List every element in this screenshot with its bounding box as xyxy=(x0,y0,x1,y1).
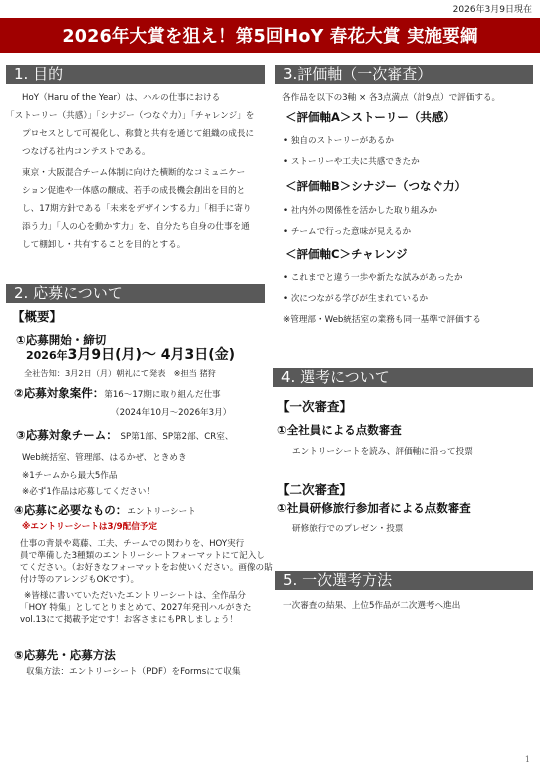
publication-note: vol.13にて掲載予定です！お客さまにもPRしましょう！ xyxy=(20,614,238,626)
criteria-note: ※管理部・Web統括室の業務も同一基準で評価する xyxy=(283,314,481,326)
criteria-bullet: 社内外の関係性を活かした取り組みか xyxy=(283,205,437,217)
entry-sheet-release-note: ※エントリーシートは3/9配信予定 xyxy=(22,521,157,533)
purpose-text: つなげる社内コンテストである。 xyxy=(22,146,151,158)
purpose-text: ション促進や一体感の醸成、若手の成長機会創出を目的と xyxy=(22,185,245,197)
criteria-a-title: ＜評価軸A＞ストーリー（共感） xyxy=(285,111,455,123)
submission-method: 収集方法：エントリーシート（PDF）をFormsにて収集 xyxy=(26,666,241,678)
entry-sheet-desc: 員で準備した3種類のエントリーシートフォーマットにて記入し xyxy=(20,550,265,562)
entry-sheet-desc: 付け等のアレンジもOKです）。 xyxy=(20,574,139,586)
criteria-bullet: これまでと違う一歩や新たな試みがあったか xyxy=(283,272,463,284)
criteria-intro: 各作品を以下の3軸 × 各3点満点（計9点）で評価する。 xyxy=(282,92,500,104)
section-header-selection: 4. 選考について xyxy=(273,368,533,387)
team-limit-note: ※1チームから最大5作品 xyxy=(22,470,117,482)
second-review-desc: 研修旅行でのプレゼン・投票 xyxy=(292,523,403,535)
first-selection-text: 一次審査の結果、上位5作品が二次選考へ進出 xyxy=(283,600,460,612)
first-review-item: ①全社員による点数審査 xyxy=(277,424,402,436)
period-range: 3月9日(月)～ 4月3日(金) xyxy=(68,347,235,363)
page-number: 1 xyxy=(525,755,530,764)
target-projects-value: 第16～17期に取り組んだ仕事 xyxy=(104,390,220,400)
criteria-b-title: ＜評価軸B＞シナジー（つなぐ力） xyxy=(285,180,466,192)
purpose-text: プロセスとして可視化し、称賛と共有を通じて組織の成長に xyxy=(22,128,254,140)
purpose-text: し、17期方針である「未来をデザインする力」「相手に寄り xyxy=(22,203,251,215)
purpose-text: 添う力」「人の心を動かす力」を、自分たち自身の仕事を通 xyxy=(22,221,250,233)
period-year: 2026年 xyxy=(26,349,68,362)
criteria-bullet: 独自のストーリーがあるか xyxy=(283,135,394,147)
publication-note: ※皆様に書いていただいたエントリーシートは、全作品分 xyxy=(24,590,246,602)
second-review-heading: 【二次審査】 xyxy=(277,484,352,496)
first-review-desc: エントリーシートを読み、評価軸に沿って投票 xyxy=(292,446,473,458)
purpose-text: して棚卸し・共有することを目的とする。 xyxy=(22,239,185,251)
criteria-bullet: 次につながる学びが生まれているか xyxy=(283,293,428,305)
overview-heading: 【概要】 xyxy=(12,311,62,323)
section-header-criteria: 3.評価軸（一次審査） xyxy=(275,65,533,84)
entry-sheet-desc: 仕事の背景や葛藤、工夫、チームでの関わりを、HOY実行 xyxy=(20,538,244,551)
required-items-value: エントリーシート xyxy=(127,507,196,517)
target-projects-label: ②応募対象案件： xyxy=(14,386,104,400)
criteria-c-title: ＜評価軸C＞チャレンジ xyxy=(285,248,408,260)
required-items-label: ④応募に必要なもの： xyxy=(14,503,127,517)
date-stamp: 2026年3月9日現在 xyxy=(453,2,532,15)
purpose-text: 東京・大阪混合チーム体制に向けた横断的なコミュニケー xyxy=(22,167,245,179)
publication-note: 「HOY 特集」としてとりまとめて、2027年発刊ハルがきた xyxy=(20,602,252,614)
section-header-purpose: 1. 目的 xyxy=(6,65,265,84)
schedule-heading: ①応募開始・締切 xyxy=(16,334,106,346)
section-header-application: 2. 応募について xyxy=(6,284,265,303)
target-teams-label: ③応募対象チーム： xyxy=(16,428,118,442)
target-teams-value-2: Web統括室、管理部、はるかぜ、ときめき xyxy=(22,452,187,464)
page-title: 2026年大賞を狙え！第5回HoY 春花大賞 実施要綱 xyxy=(62,23,477,48)
application-period: 2026年3月9日(月)～ 4月3日(金) xyxy=(26,349,235,362)
target-teams-value: SP第1部、SP第2部、CR室、 xyxy=(120,432,233,442)
purpose-text: HoY（Haru of the Year）は、ハルの仕事における xyxy=(22,92,220,104)
purpose-text: 「ストーリー（共感）」「シナジー（つなぐ力）」「チャレンジ」を xyxy=(6,110,254,122)
target-teams: ③応募対象チーム： SP第1部、SP第2部、CR室、 xyxy=(16,429,233,443)
second-review-item: ①社員研修旅行参加者による点数審査 xyxy=(277,502,471,514)
target-projects: ②応募対象案件：第16～17期に取り組んだ仕事 xyxy=(14,387,221,401)
criteria-bullet: チームで行った意味が見えるか xyxy=(283,226,411,238)
section-header-first-selection: 5. 一次選考方法 xyxy=(275,571,533,590)
announcement-note: 全社告知：3月2日（月）朝礼にて発表 ※担当 猪狩 xyxy=(24,367,216,379)
submission-heading: ⑤応募先・応募方法 xyxy=(14,649,116,661)
entry-sheet-desc: てください。（お好きなフォーマットをお使いください。画像の貼 xyxy=(20,562,273,574)
first-review-heading: 【一次審査】 xyxy=(277,401,352,413)
target-period: （2024年10月～2026年3月） xyxy=(111,407,231,419)
required-items: ④応募に必要なもの：エントリーシート xyxy=(14,504,196,518)
mandatory-note: ※必ず1作品は応募してください！ xyxy=(22,486,155,498)
criteria-bullet: ストーリーや工夫に共感できたか xyxy=(283,156,420,168)
title-banner: 2026年大賞を狙え！第5回HoY 春花大賞 実施要綱 xyxy=(0,18,540,53)
